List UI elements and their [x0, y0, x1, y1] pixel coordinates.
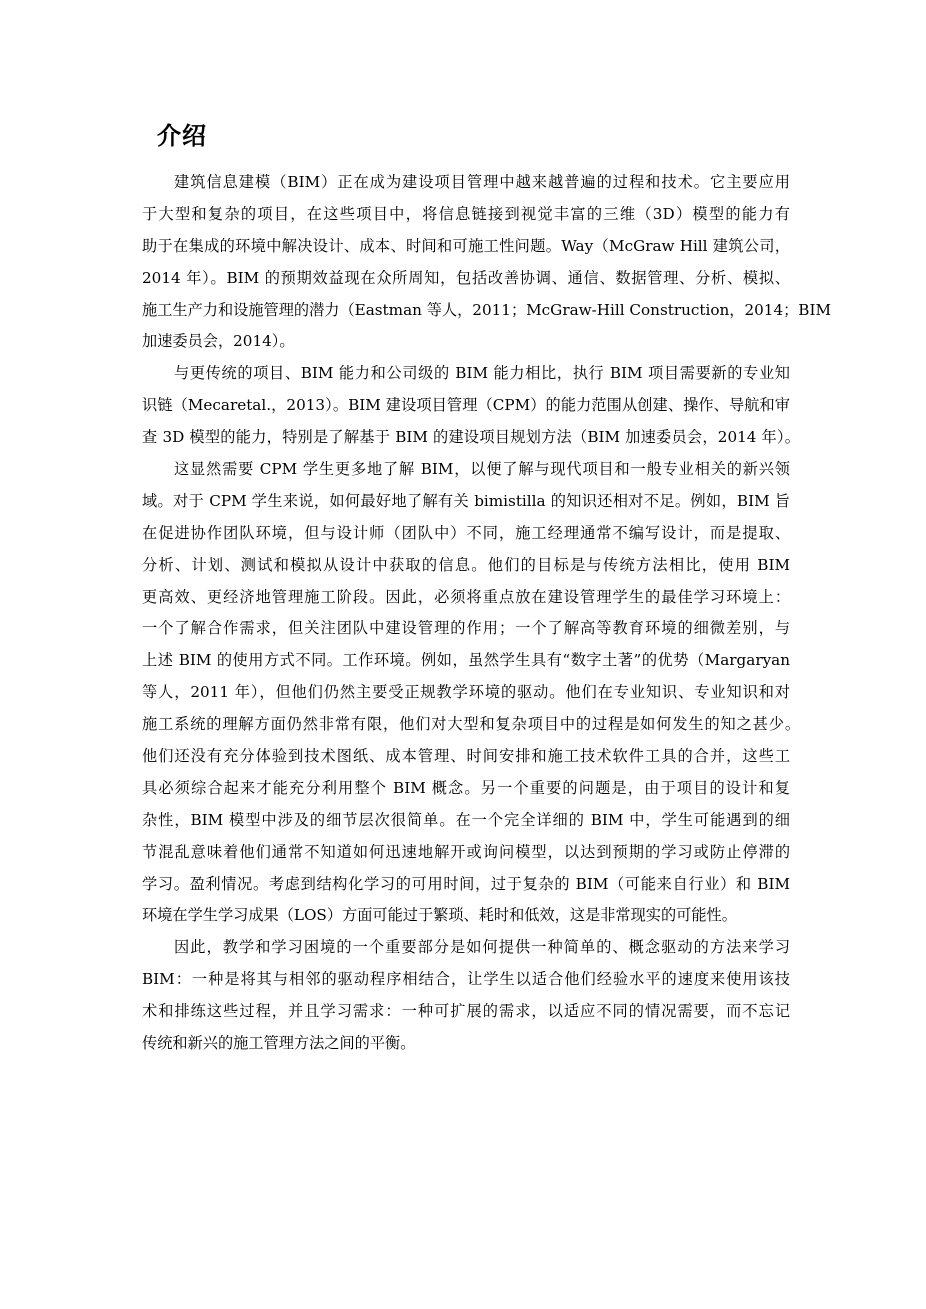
- text-line: 传统和新兴的施工管理方法之间的平衡。: [142, 1028, 790, 1060]
- text-line: 学习。盈利情况。考虑到结构化学习的可用时间，过于复杂的 BIM（可能来自行业）和…: [142, 869, 790, 901]
- text-line: 节混乱意味着他们通常不知道如何迅速地解开或询问模型，以达到预期的学习或防止停滞的: [142, 837, 790, 869]
- text-line: 更高效、更经济地管理施工阶段。因此，必须将重点放在建设管理学生的最佳学习环境上：: [142, 582, 790, 614]
- paragraph-4: 因此，教学和学习困境的一个重要部分是如何提供一种简单的、概念驱动的方法来学习 B…: [142, 932, 792, 1060]
- text-line: 他们还没有充分体验到技术图纸、成本管理、时间安排和施工技术软件工具的合并，这些工: [142, 741, 790, 773]
- text-line: 因此，教学和学习困境的一个重要部分是如何提供一种简单的、概念驱动的方法来学习: [142, 932, 790, 964]
- text-line: 等人，2011 年），但他们仍然主要受正规教学环境的驱动。他们在专业知识、专业知…: [142, 677, 790, 709]
- text-line: 加速委员会，2014）。: [142, 326, 790, 358]
- text-line: 这显然需要 CPM 学生更多地了解 BIM，以便了解与现代项目和一般专业相关的新…: [142, 454, 790, 486]
- text-line: 施工系统的理解方面仍然非常有限，他们对大型和复杂项目中的过程是如何发生的知之甚少…: [142, 709, 800, 741]
- text-line: 在促进协作团队环境，但与设计师（团队中）不同，施工经理通常不编写设计，而是提取、: [142, 518, 790, 550]
- text-line: 分析、计划、测试和模拟从设计中获取的信息。他们的目标是与传统方法相比，使用 BI…: [142, 550, 790, 582]
- document-page: 介绍 建筑信息建模（BIM）正在成为建设项目管理中越来越普遍的过程和技术。它主要…: [0, 0, 926, 1309]
- text-line: 杂性，BIM 模型中涉及的细节层次很简单。在一个完全详细的 BIM 中，学生可能…: [142, 805, 790, 837]
- paragraph-1: 建筑信息建模（BIM）正在成为建设项目管理中越来越普遍的过程和技术。它主要应用 …: [142, 167, 792, 358]
- text-line: BIM：一种是将其与相邻的驱动程序相结合，让学生以适合他们经验水平的速度来使用该…: [142, 964, 790, 996]
- text-line: 查 3D 模型的能力，特别是了解基于 BIM 的建设项目规划方法（BIM 加速委…: [142, 422, 800, 454]
- text-line: 具必须综合起来才能充分利用整个 BIM 概念。另一个重要的问题是，由于项目的设计…: [142, 773, 790, 805]
- text-line: 识链（Mecaretal.，2013）。BIM 建设项目管理（CPM）的能力范围…: [142, 390, 790, 422]
- paragraph-3: 这显然需要 CPM 学生更多地了解 BIM，以便了解与现代项目和一般专业相关的新…: [142, 454, 792, 932]
- text-line: 2014 年）。BIM 的预期效益现在众所周知，包括改善协调、通信、数据管理、分…: [142, 263, 790, 295]
- text-line: 与更传统的项目、BIM 能力和公司级的 BIM 能力相比，执行 BIM 项目需要…: [142, 358, 790, 390]
- text-line: 一个了解合作需求，但关注团队中建设管理的作用；一个了解高等教育环境的细微差别，与: [142, 613, 790, 645]
- body-text: 建筑信息建模（BIM）正在成为建设项目管理中越来越普遍的过程和技术。它主要应用 …: [142, 167, 792, 1060]
- text-line: 环境在学生学习成果（LOS）方面可能过于繁琐、耗时和低效，这是非常现实的可能性。: [142, 900, 790, 932]
- text-line: 域。对于 CPM 学生来说，如何最好地了解有关 bimistilla 的知识还相…: [142, 486, 790, 518]
- paragraph-2: 与更传统的项目、BIM 能力和公司级的 BIM 能力相比，执行 BIM 项目需要…: [142, 358, 792, 454]
- text-line: 术和排练这些过程，并且学习需求：一种可扩展的需求，以适应不同的情况需要，而不忘记: [142, 996, 790, 1028]
- text-line: 施工生产力和设施管理的潜力（Eastman 等人，2011；McGraw-Hil…: [142, 295, 790, 327]
- text-line: 于大型和复杂的项目，在这些项目中，将信息链接到视觉丰富的三维（3D）模型的能力有: [142, 199, 790, 231]
- text-line: 建筑信息建模（BIM）正在成为建设项目管理中越来越普遍的过程和技术。它主要应用: [142, 167, 790, 199]
- text-line: 助于在集成的环境中解决设计、成本、时间和可施工性问题。Way（McGraw Hi…: [142, 231, 790, 263]
- text-line: 上述 BIM 的使用方式不同。工作环境。例如，虽然学生具有“数字土著”的优势（M…: [142, 645, 790, 677]
- section-heading: 介绍: [157, 119, 207, 153]
